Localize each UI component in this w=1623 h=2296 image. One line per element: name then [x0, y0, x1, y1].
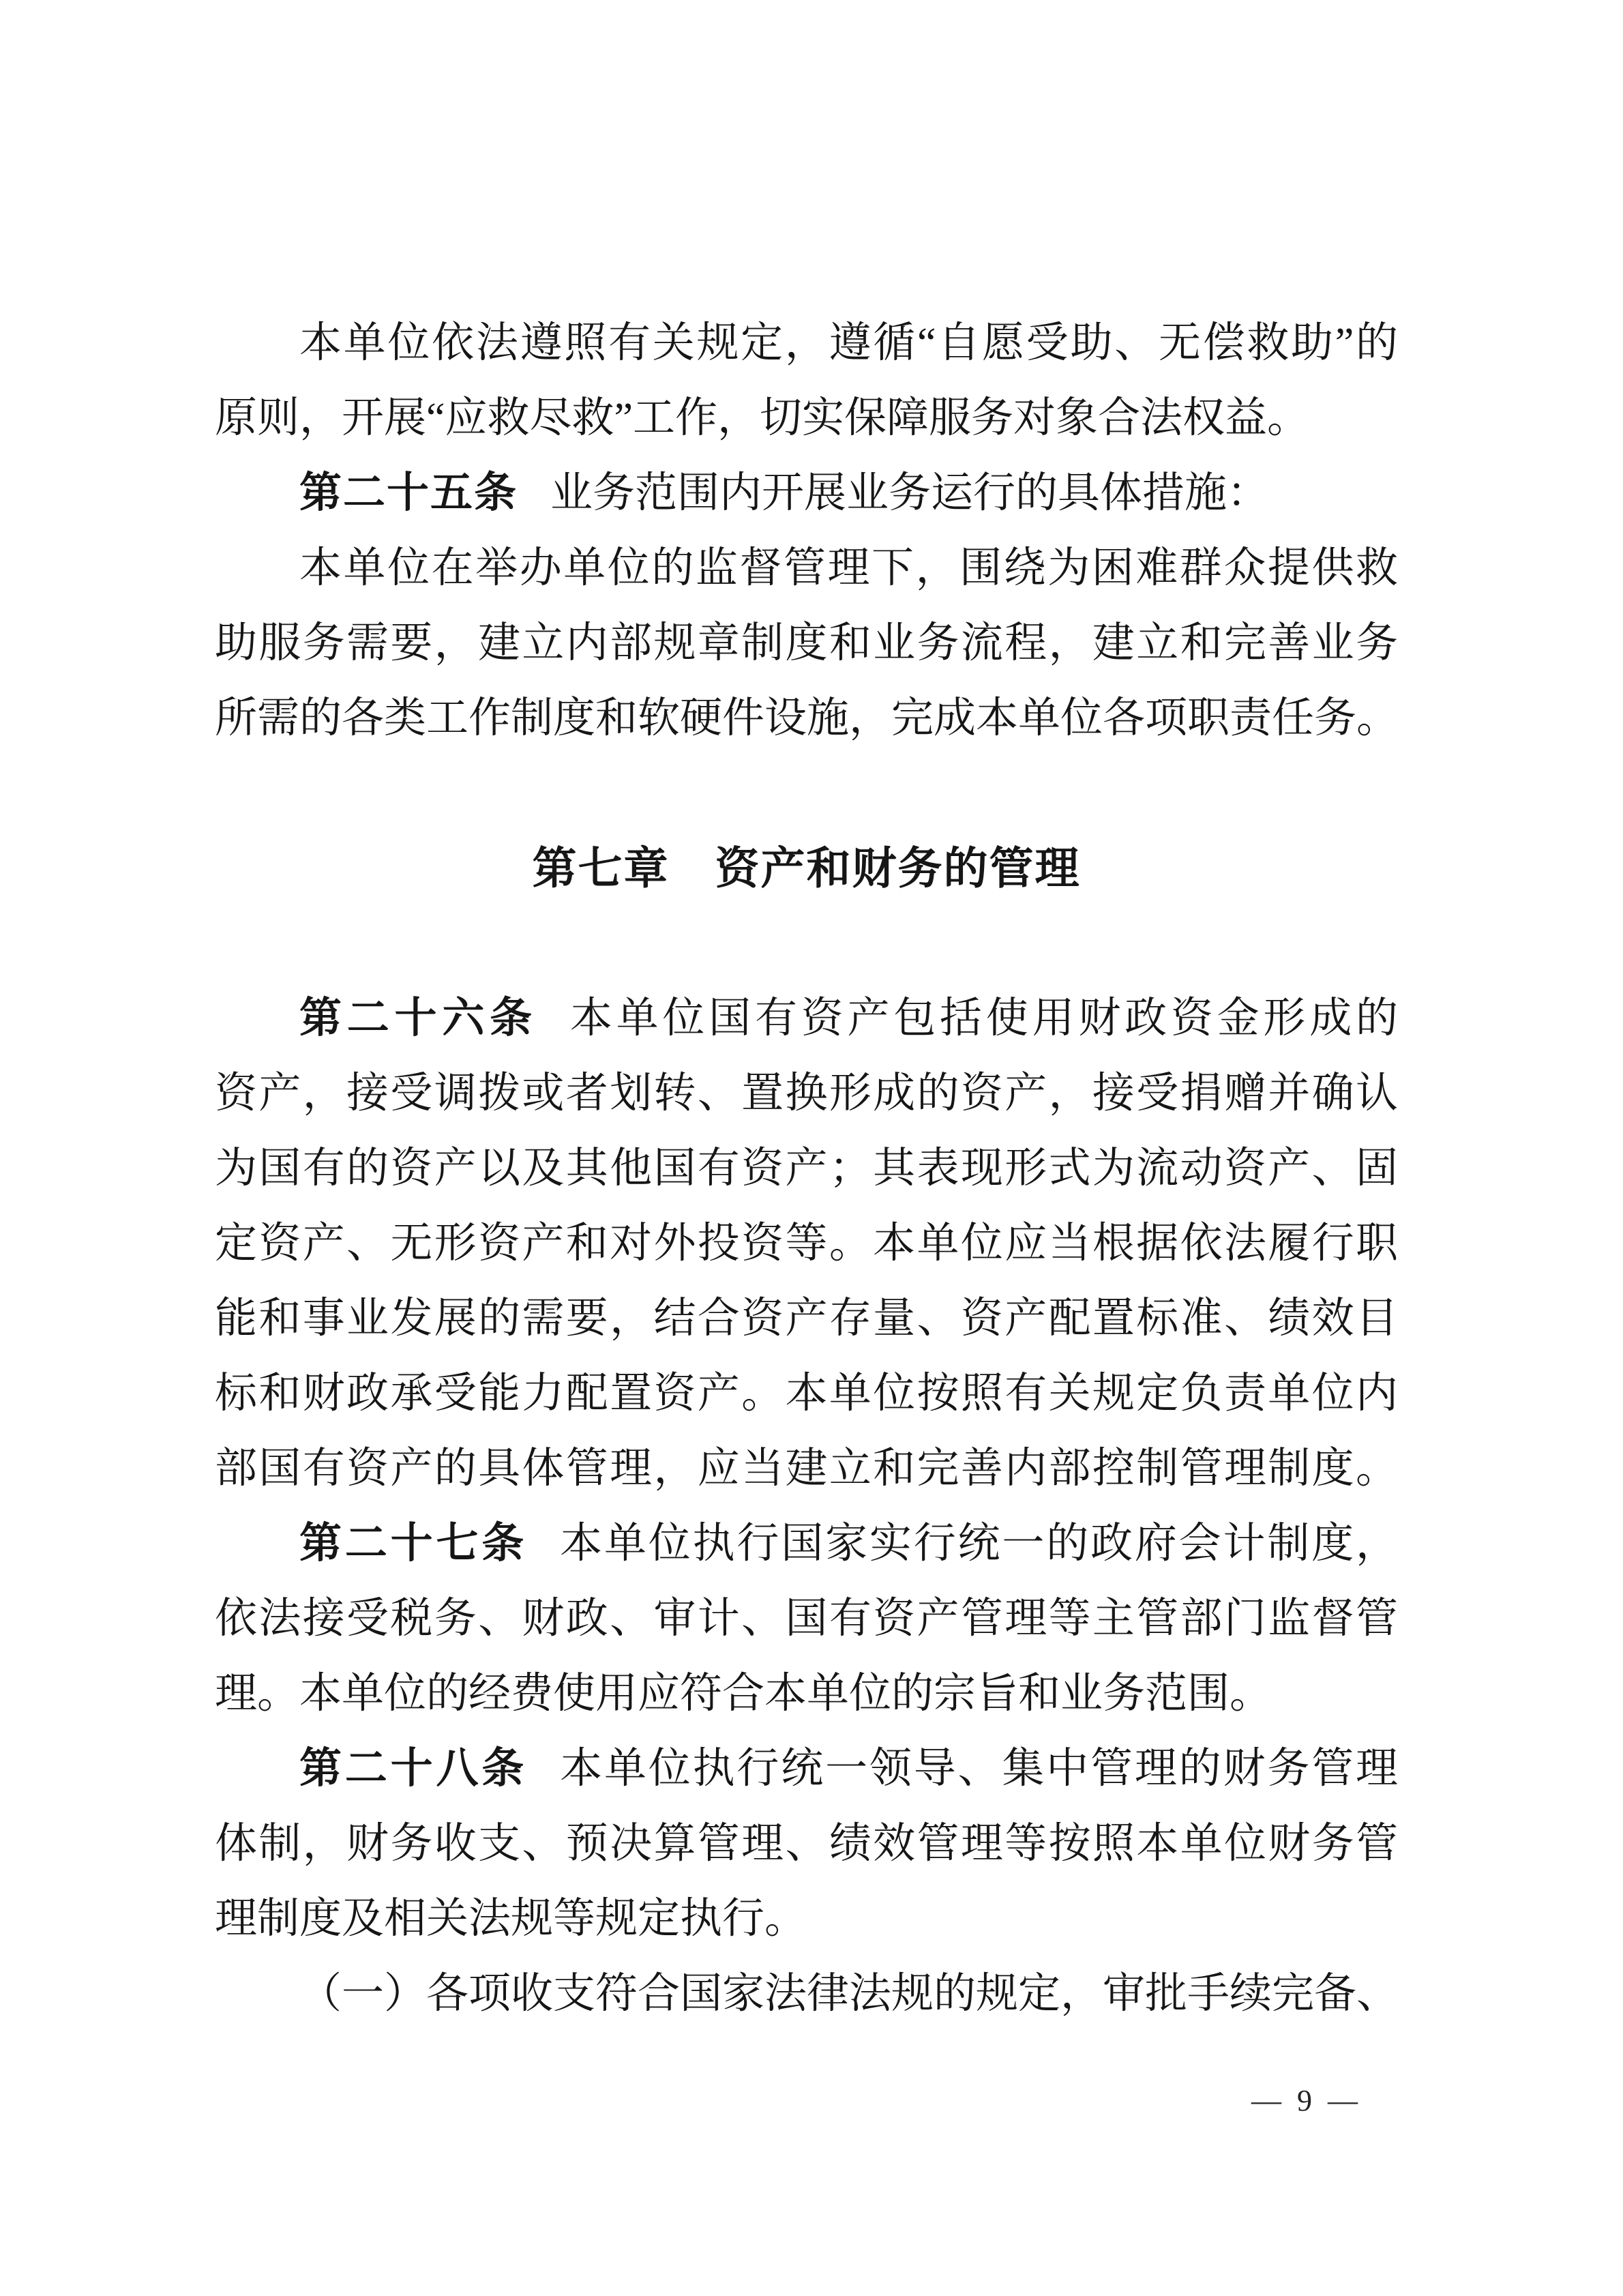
- text-line: 本单位在举办单位的监督管理下，围绕为困难群众提供救: [215, 531, 1398, 606]
- line-text: 本单位国有资产包括使用财政资金形成的: [570, 995, 1398, 1042]
- text-line: 依法接受税务、财政、审计、国有资产管理等主管部门监督管: [215, 1581, 1398, 1656]
- article-number: 第二十八条: [299, 1745, 527, 1792]
- text-line: 部国有资产的具体管理，应当建立和完善内部控制管理制度。: [215, 1431, 1398, 1506]
- article-number: 第二十六条: [299, 995, 537, 1042]
- line-text: 理制度及相关法规等规定执行。: [215, 1896, 807, 1942]
- line-text: 助服务需要，建立内部规章制度和业务流程，建立和完善业务: [215, 620, 1398, 666]
- line-text: （一）各项收支符合国家法律法规的规定，审批手续完备、: [299, 1971, 1398, 2017]
- line-text: 体制，财务收支、预决算管理、绩效管理等按照本单位财务管: [215, 1821, 1398, 1867]
- text-line: 本单位依法遵照有关规定，遵循“自愿受助、无偿救助”的: [215, 306, 1398, 381]
- line-text: 所需的各类工作制度和软硬件设施，完成本单位各项职责任务。: [215, 695, 1398, 741]
- text-line: 原则，开展“应救尽救”工作，切实保障服务对象合法权益。: [215, 381, 1398, 456]
- article-number: 第二十七条: [299, 1520, 527, 1567]
- line-text: 部国有资产的具体管理，应当建立和完善内部控制管理制度。: [215, 1445, 1398, 1492]
- line-text: 业务范围内开展业务运行的具体措施：: [550, 470, 1269, 516]
- text-line: 为国有的资产以及其他国有资产；其表现形式为流动资产、固: [215, 1131, 1398, 1206]
- page-number: — 9 —: [1251, 2080, 1362, 2121]
- line-text: 资产，接受调拨或者划转、置换形成的资产，接受捐赠并确认: [215, 1070, 1398, 1117]
- line-text: 依法接受税务、财政、审计、国有资产管理等主管部门监督管: [215, 1595, 1398, 1642]
- line-text: 本单位在举办单位的监督管理下，围绕为困难群众提供救: [299, 545, 1398, 591]
- text-line: （一）各项收支符合国家法律法规的规定，审批手续完备、: [215, 1956, 1398, 2031]
- line-text: 原则，开展“应救尽救”工作，切实保障服务对象合法权益。: [215, 395, 1309, 441]
- text-line: 助服务需要，建立内部规章制度和业务流程，建立和完善业务: [215, 606, 1398, 681]
- text-line: 第二十八条本单位执行统一领导、集中管理的财务管理: [215, 1731, 1398, 1806]
- article-number: 第二十五条: [299, 469, 518, 516]
- document-page: 本单位依法遵照有关规定，遵循“自愿受助、无偿救助”的原则，开展“应救尽救”工作，…: [0, 0, 1623, 2296]
- line-text: 理。本单位的经费使用应符合本单位的宗旨和业务范围。: [215, 1671, 1272, 1717]
- chapter-heading: 第七章 资产和财务的管理: [215, 831, 1398, 906]
- text-line: 标和财政承受能力配置资产。本单位按照有关规定负责单位内: [215, 1356, 1398, 1431]
- line-text: 定资产、无形资产和对外投资等。本单位应当根据依法履行职: [215, 1220, 1398, 1267]
- text-line: 第二十七条本单位执行国家实行统一的政府会计制度，: [215, 1506, 1398, 1581]
- text-content: 本单位依法遵照有关规定，遵循“自愿受助、无偿救助”的原则，开展“应救尽救”工作，…: [215, 306, 1398, 2031]
- line-text: 本单位执行统一领导、集中管理的财务管理: [560, 1746, 1398, 1792]
- text-line: 理。本单位的经费使用应符合本单位的宗旨和业务范围。: [215, 1656, 1398, 1731]
- line-text: 能和事业发展的需要，结合资产存量、资产配置标准、绩效目: [215, 1295, 1398, 1342]
- line-text: 标和财政承受能力配置资产。本单位按照有关规定负责单位内: [215, 1370, 1398, 1417]
- text-line: 资产，接受调拨或者划转、置换形成的资产，接受捐赠并确认: [215, 1056, 1398, 1131]
- line-text: 本单位执行国家实行统一的政府会计制度，: [560, 1520, 1398, 1567]
- line-text: 本单位依法遵照有关规定，遵循“自愿受助、无偿救助”的: [299, 320, 1398, 366]
- line-text: 为国有的资产以及其他国有资产；其表现形式为流动资产、固: [215, 1145, 1398, 1192]
- text-line: 能和事业发展的需要，结合资产存量、资产配置标准、绩效目: [215, 1281, 1398, 1356]
- text-line: 体制，财务收支、预决算管理、绩效管理等按照本单位财务管: [215, 1806, 1398, 1881]
- text-line: 第二十五条业务范围内开展业务运行的具体措施：: [215, 456, 1398, 531]
- text-line: 第二十六条本单位国有资产包括使用财政资金形成的: [215, 981, 1398, 1056]
- text-line: 定资产、无形资产和对外投资等。本单位应当根据依法履行职: [215, 1206, 1398, 1281]
- text-line: 理制度及相关法规等规定执行。: [215, 1881, 1398, 1956]
- text-line: 所需的各类工作制度和软硬件设施，完成本单位各项职责任务。: [215, 681, 1398, 756]
